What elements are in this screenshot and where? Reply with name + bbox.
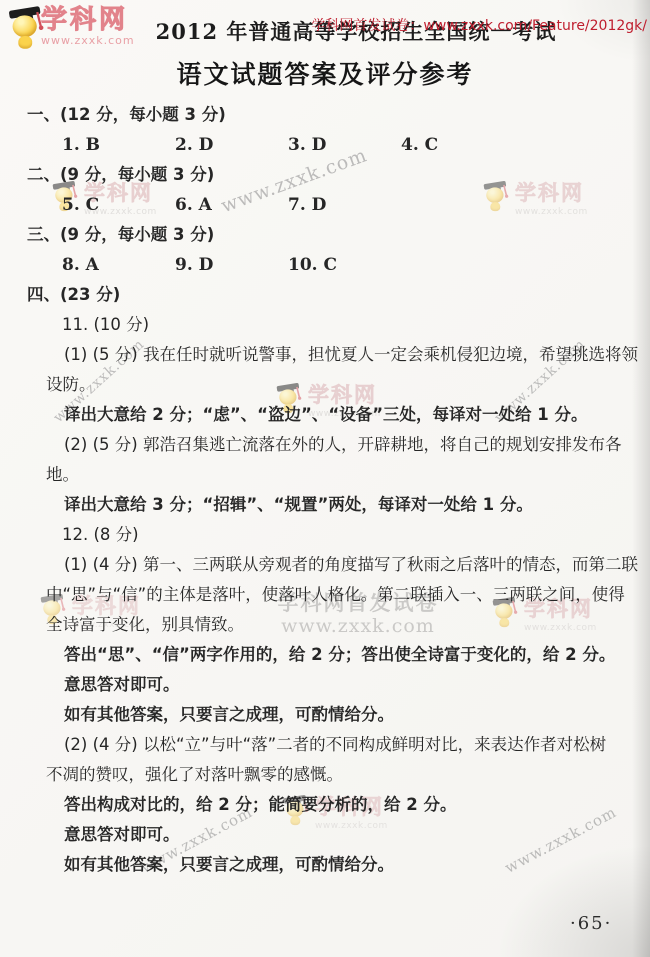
scoring-line: 答出“思”、“信”两字作用的，给 2 分；答出使全诗富于变化的，给 2 分。 bbox=[64, 640, 650, 670]
document-page: 学科网www.zxxk.com 学科网www.zxxk.com 学科网www.z… bbox=[0, 0, 650, 957]
section-heading: 一、(12 分，每小题 3 分) bbox=[27, 100, 650, 130]
scoring-line: 译出大意给 3 分；“招辑”、“规置”两处，每译对一处给 1 分。 bbox=[64, 490, 650, 520]
answer-row: 8. A 9. D 10. C bbox=[62, 250, 650, 280]
text-line: 中“思”与“信”的主体是落叶，使落叶人格化。第二联插入一、三两联之间，使得 bbox=[46, 580, 650, 610]
scoring-line: 答出构成对比的，给 2 分；能简要分析的，给 2 分。 bbox=[64, 790, 650, 820]
text-line: 全诗富于变化，别具情致。 bbox=[46, 610, 650, 640]
text-line: 设防。 bbox=[46, 370, 650, 400]
scoring-line: 如有其他答案，只要言之成理，可酌情给分。 bbox=[64, 850, 650, 880]
scoring-line: 意思答对即可。 bbox=[64, 820, 650, 850]
answer-row: 1. B 2. D 3. D 4. C bbox=[62, 130, 650, 160]
answer-row: 5. C 6. A 7. D bbox=[62, 190, 650, 220]
answer-cell: 8. A bbox=[62, 250, 175, 280]
answer-key-content: 一、(12 分，每小题 3 分) 1. B 2. D 3. D 4. C 二、(… bbox=[0, 100, 650, 880]
scoring-line: 如有其他答案，只要言之成理，可酌情给分。 bbox=[64, 700, 650, 730]
answer-cell: 2. D bbox=[175, 130, 288, 160]
question-number: 12. (8 分) bbox=[62, 520, 650, 550]
answer-cell: 6. A bbox=[175, 190, 288, 220]
text-line: (1) (4 分) 第一、三两联从旁观者的角度描写了秋雨之后落叶的情态，而第二联 bbox=[64, 550, 650, 580]
answer-cell: 3. D bbox=[288, 130, 401, 160]
scoring-line: 意思答对即可。 bbox=[64, 670, 650, 700]
text-line: 不凋的赞叹，强化了对落叶飘零的感慨。 bbox=[46, 760, 650, 790]
answer-cell: 10. C bbox=[288, 250, 401, 280]
answer-cell: 4. C bbox=[401, 130, 514, 160]
feature-link[interactable]: 学科网首发试卷：www.zxxk.com/Feature/2012gk/ bbox=[311, 15, 647, 35]
answer-cell: 1. B bbox=[62, 130, 175, 160]
section-heading: 三、(9 分，每小题 3 分) bbox=[27, 220, 650, 250]
text-line: 地。 bbox=[46, 460, 650, 490]
page-title: 语文试题答案及评分参考 bbox=[0, 55, 650, 91]
section-heading: 二、(9 分，每小题 3 分) bbox=[27, 160, 650, 190]
section-heading: 四、(23 分) bbox=[27, 280, 650, 310]
answer-cell: 7. D bbox=[288, 190, 401, 220]
text-line: (2) (5 分) 郭浩召集逃亡流落在外的人，开辟耕地，将自己的规划安排发布各 bbox=[64, 430, 650, 460]
text-line: (2) (4 分) 以松“立”与叶“落”二者的不同构成鲜明对比，来表达作者对松树 bbox=[64, 730, 650, 760]
answer-cell: 5. C bbox=[62, 190, 175, 220]
scoring-line: 译出大意给 2 分；“虑”、“盗边”、“设备”三处，每译对一处给 1 分。 bbox=[64, 400, 650, 430]
text-line: (1) (5 分) 我在任时就听说警事，担忧夏人一定会乘机侵犯边境，希望挑选将领 bbox=[64, 340, 650, 370]
question-number: 11. (10 分) bbox=[62, 310, 650, 340]
answer-cell: 9. D bbox=[175, 250, 288, 280]
